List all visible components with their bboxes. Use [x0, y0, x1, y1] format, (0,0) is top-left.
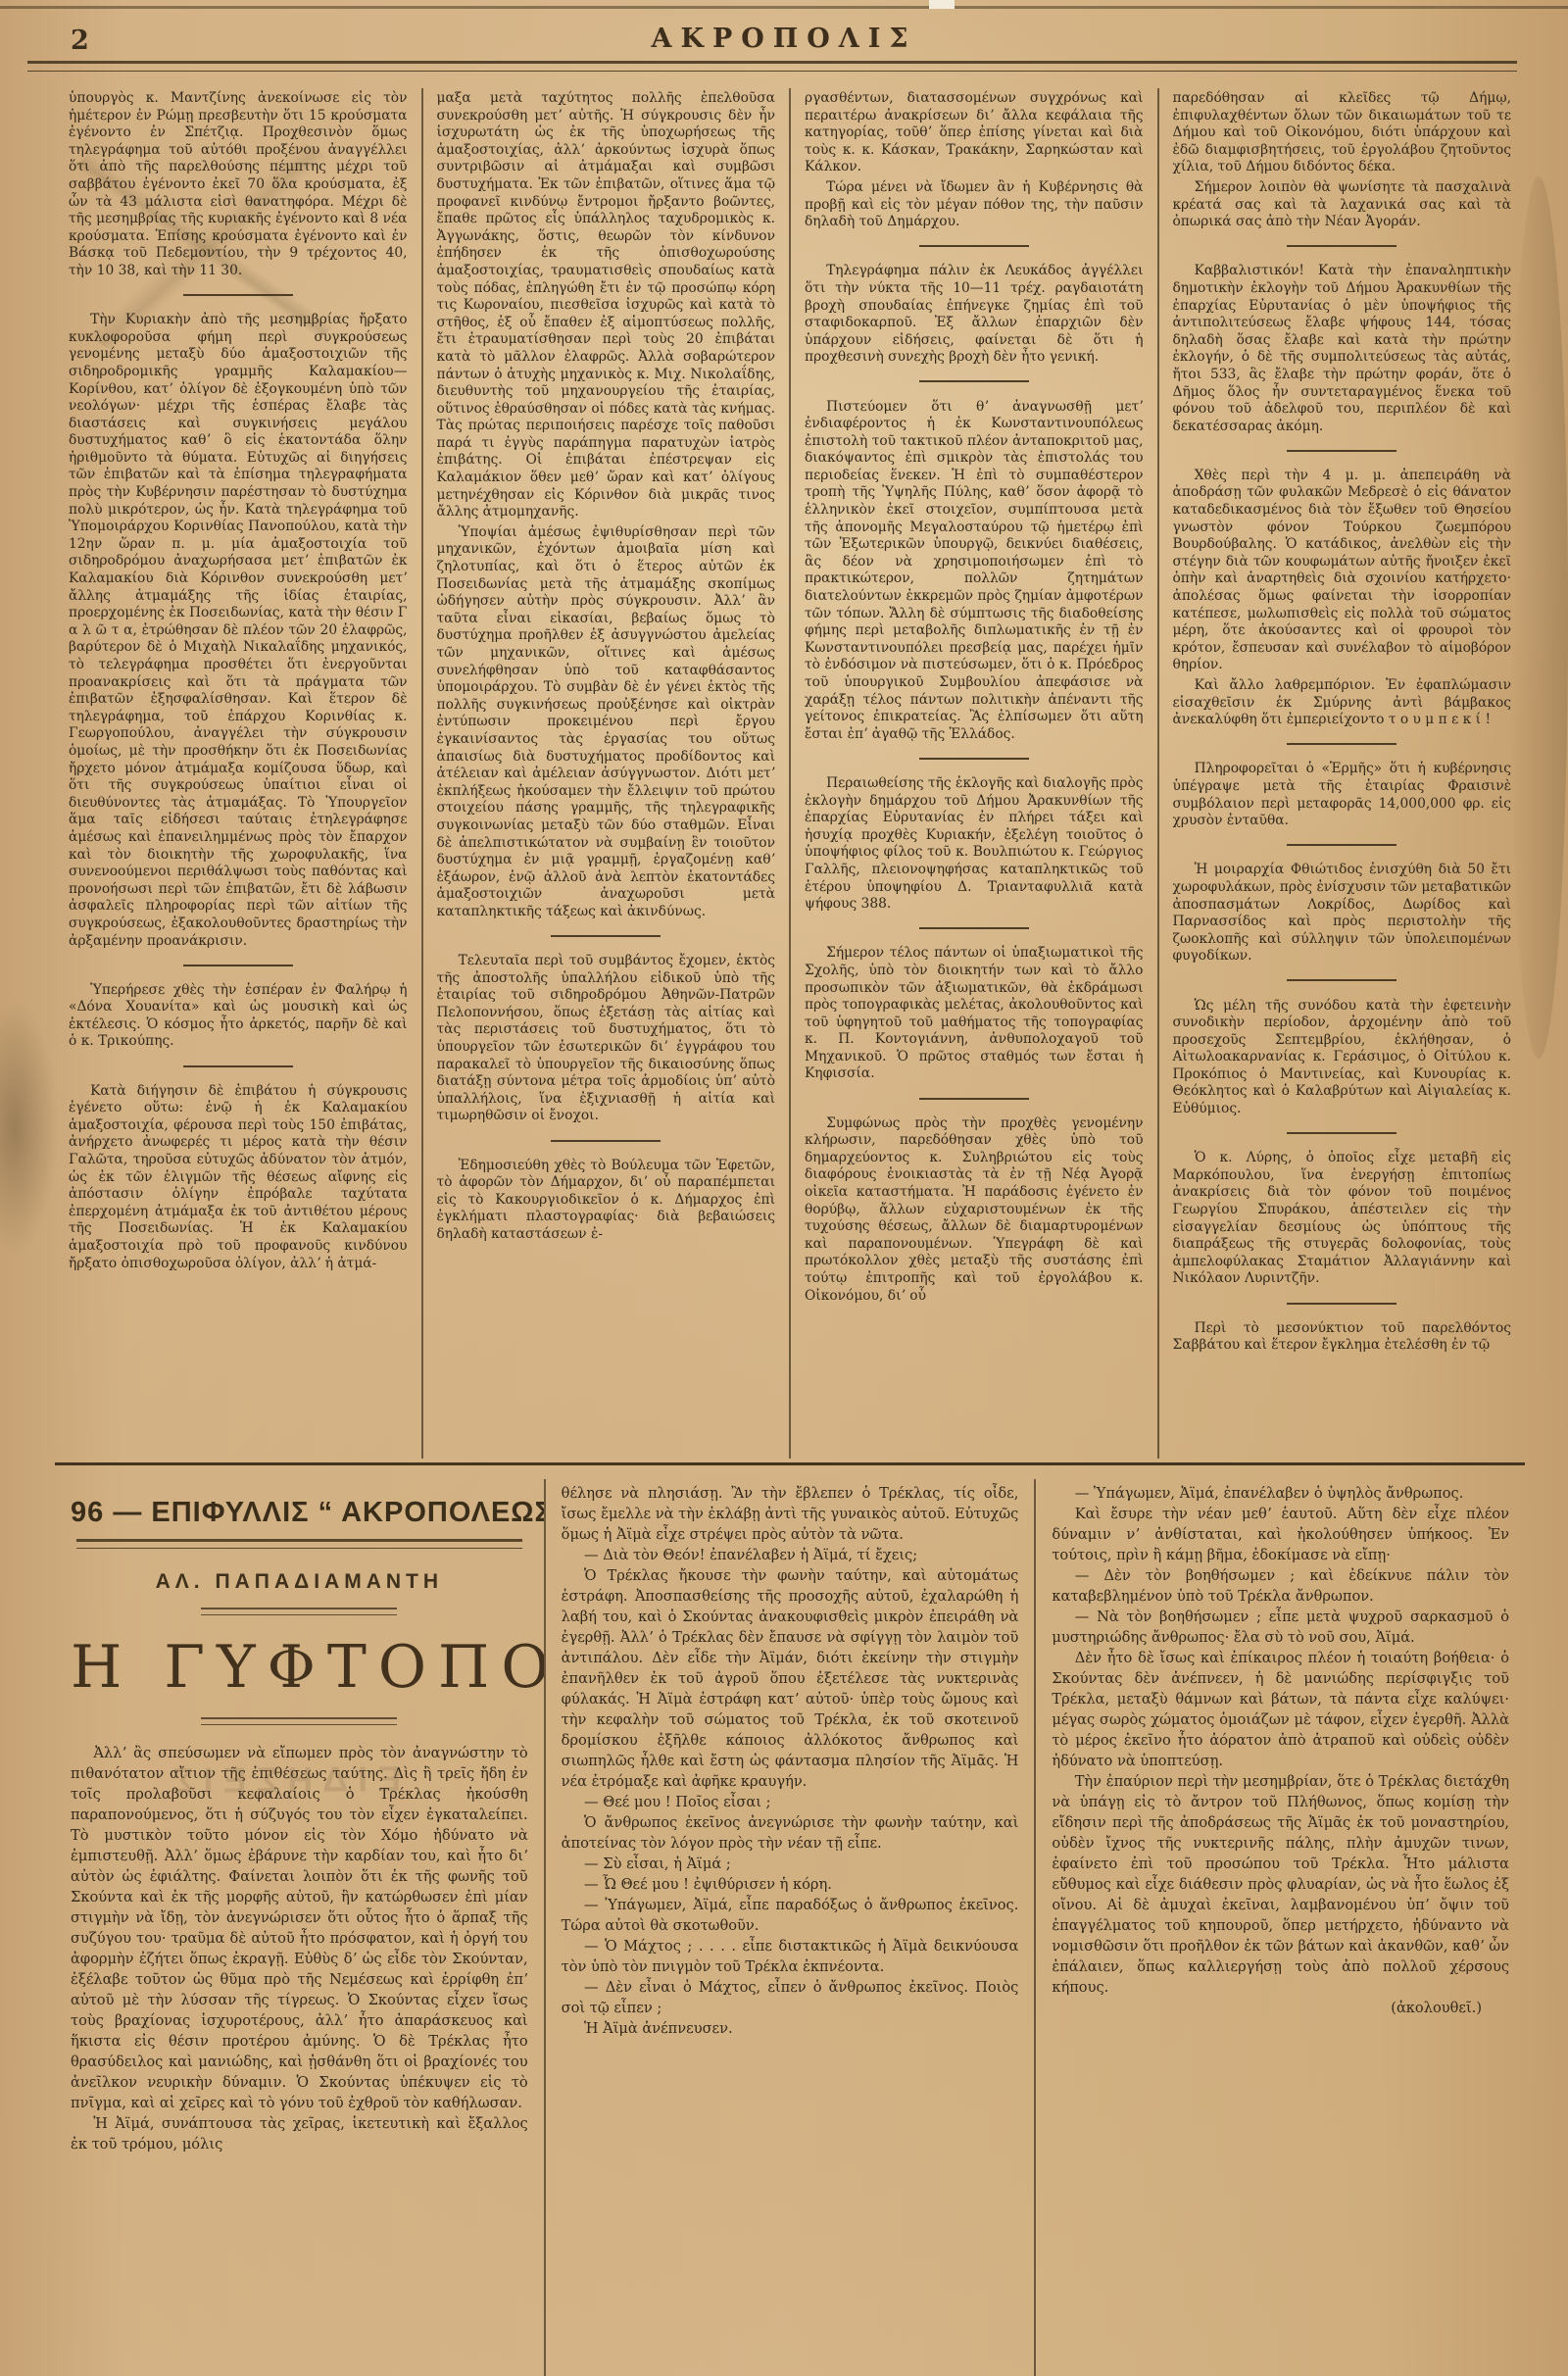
paragraph: Καββαλιστικόν! Κατὰ τὴν ἐπαναληπτικὴν δη…	[1173, 263, 1512, 435]
scan-notch	[929, 0, 955, 9]
paragraph: Συμφώνως πρὸς τὴν προχθὲς γενομένην κλήρ…	[805, 1115, 1144, 1306]
paragraph: θέλησε νὰ πλησιάσῃ. Ἂν τὴν ἔβλεπεν ὁ Τρέ…	[562, 1483, 1019, 1545]
section-divider	[805, 750, 1144, 767]
section-divider	[1173, 837, 1512, 855]
feuilleton-section: ΕΙΔΗΣΕΙΣ 96 — ΕΠΙΦΥΛΛΙΣ “ ΑΚΡΟΠΟΛΕΩΣ ” —…	[55, 1462, 1525, 2376]
section-divider	[1173, 442, 1512, 460]
paragraph: — Ὑπάγωμεν, Ἀϊμά, εἶπε παραδόξως ὁ ἄνθρω…	[562, 1895, 1019, 1936]
feuilleton-column-b: θέλησε νὰ πλησιάσῃ. Ἂν τὴν ἔβλεπεν ὁ Τρέ…	[546, 1465, 1035, 2376]
section-divider	[805, 238, 1144, 256]
section-divider	[437, 928, 776, 946]
paragraph: Σήμερον τέλος πάντων οἱ ὑπαξιωματικοὶ τῆ…	[805, 945, 1144, 1083]
paragraph: ργασθέντων, διατασσομένων συγχρόνως καὶ …	[805, 90, 1144, 176]
paragraph: — Δὲν τὸν βοηθήσωμεν ; καὶ ἐδείκνυε πάλι…	[1052, 1565, 1509, 1607]
paragraph: Ἀλλʼ ἂς σπεύσωμεν νὰ εἴπωμεν πρὸς τὸν ἀν…	[71, 1743, 528, 2113]
scan-edge	[0, 6, 1568, 9]
column-rule	[789, 88, 791, 1459]
paragraph: Περαιωθείσης τῆς ἐκλογῆς καὶ διαλογῆς πρ…	[805, 775, 1144, 914]
paragraph: — Ὑπάγωμεν, Ἀϊμά, ἐπανέλαβεν ὁ ὑψηλὸς ἄν…	[1052, 1483, 1509, 1504]
paragraph: Δὲν ἦτο δὲ ἴσως καὶ ἐπίκαιρος πλέον ἡ το…	[1052, 1648, 1509, 1771]
paragraph: Πληροφορεῖται ὁ «Ἑρμῆς» ὅτι ἡ κυβέρνησις…	[1173, 761, 1512, 829]
paragraph: παρεδόθησαν αἱ κλεῖδες τῷ Δήμῳ, ἐπιφυλαχ…	[1173, 90, 1512, 176]
section-divider	[1173, 736, 1512, 754]
section-divider	[69, 1058, 408, 1075]
feuilleton-text-a: Ἀλλʼ ἂς σπεύσωμεν νὰ εἴπωμεν πρὸς τὸν ἀν…	[71, 1743, 528, 2154]
feuilleton-column-a: ΕΙΔΗΣΕΙΣ 96 — ΕΠΙΦΥΛΛΙΣ “ ΑΚΡΟΠΟΛΕΩΣ ” —…	[55, 1465, 544, 2376]
header-rule	[27, 61, 1517, 72]
feuilleton-divider	[201, 1608, 397, 1615]
news-column-1: ὑπουργὸς κ. Μαντζίνης ἀνεκοίνωσε εἰς τὸν…	[55, 84, 421, 1459]
paragraph: Ὡς μέλη τῆς συνόδου κατὰ τὴν ἐφετεινὴν σ…	[1173, 998, 1512, 1118]
news-column-4: παρεδόθησαν αἱ κλεῖδες τῷ Δήμῳ, ἐπιφυλαχ…	[1159, 84, 1526, 1459]
feuilleton-header: 96 — ΕΠΙΦΥΛΛΙΣ “ ΑΚΡΟΠΟΛΕΩΣ ” — 96	[71, 1497, 528, 1529]
paragraph: Ἡ Ἀϊμά, συνάπτουσα τὰς χεῖρας, ἱκετευτικ…	[71, 2113, 528, 2154]
paragraph: — Δὲν εἶναι ὁ Μάχτος, εἶπεν ὁ ἄνθρωπος ἐ…	[562, 1977, 1019, 2018]
feuilleton-title: Η ΓΥΦΤΟΠΟΥΛΑ	[71, 1633, 528, 1702]
section-divider	[437, 1132, 776, 1150]
feuilleton-divider	[201, 1717, 397, 1725]
section-divider	[69, 957, 408, 974]
newspaper-page: 2 ΑΚΡΟΠΟΛΙΣ ὑπουργὸς κ. Μαντζίνης ἀνεκοί…	[0, 0, 1568, 2376]
masthead: ΑΚΡΟΠΟΛΙΣ	[0, 24, 1568, 54]
paragraph: Ἡ μοιραρχία Φθιώτιδος ἐνισχύθη διὰ 50 ἔτ…	[1173, 862, 1512, 965]
paragraph: Ὁ ἄνθρωπος ἐκεῖνος ἀνεγνώρισε τὴν φωνὴν …	[562, 1812, 1019, 1854]
paragraph: Τὴν ἐπαύριον περὶ τὴν μεσημβρίαν, ὅτε ὁ …	[1052, 1771, 1509, 1998]
paragraph: ὑπουργὸς κ. Μαντζίνης ἀνεκοίνωσε εἰς τὸν…	[69, 90, 408, 280]
news-section: ὑπουργὸς κ. Μαντζίνης ἀνεκοίνωσε εἰς τὸν…	[55, 84, 1525, 1459]
section-divider	[1173, 1295, 1512, 1312]
news-column-2: μαξα μετὰ ταχύτητος πολλῆς ἐπελθοῦσα συν…	[423, 84, 790, 1459]
paragraph: Τελευταῖα περὶ τοῦ συμβάντος ἔχομεν, ἐκτ…	[437, 953, 776, 1125]
paragraph: Τηλεγράφημα πάλιν ἐκ Λευκάδος ἀγγέλλει ὅ…	[805, 263, 1144, 367]
section-divider	[805, 920, 1144, 938]
column-rule	[1157, 88, 1159, 1459]
paragraph: Καὶ ἄλλο λαθρεμπόριον. Ἐν ἐφαπλώμασιν εἰ…	[1173, 677, 1512, 729]
paragraph: — Νὰ τὸν βοηθήσωμεν ; εἶπε μετὰ ψυχροῦ σ…	[1052, 1607, 1509, 1648]
column-rule	[421, 88, 423, 1459]
paragraph: Πιστεύομεν ὅτι θʼ ἀναγνωσθῇ μετʼ ἐνδιαφέ…	[805, 399, 1144, 744]
paragraph: Καὶ ἔσυρε τὴν νέαν μεθʼ ἑαυτοῦ. Αὕτη δὲν…	[1052, 1504, 1509, 1565]
section-divider	[1173, 238, 1512, 256]
section-divider	[805, 1090, 1144, 1108]
paragraph: — Θεέ μου ! Ποῖος εἶσαι ;	[562, 1792, 1019, 1812]
paragraph: Τὴν Κυριακὴν ἀπὸ τῆς μεσημβρίας ἤρξατο κ…	[69, 312, 408, 950]
section-divider	[805, 373, 1144, 391]
page-header: 2 ΑΚΡΟΠΟΛΙΣ	[0, 18, 1568, 63]
paragraph: Ὁ Τρέκλας ἤκουσε τὴν φωνὴν ταύτην, καὶ α…	[562, 1565, 1019, 1792]
section-divider	[1173, 1125, 1512, 1143]
feuilleton-header-rule	[76, 1539, 522, 1549]
paragraph: Κατὰ διήγησιν δὲ ἐπιβάτου ἡ σύγκρουσις ἐ…	[69, 1083, 408, 1273]
feuilleton-author: ΑΛ. ΠΑΠΑΔΙΑΜΑΝΤΗ	[71, 1570, 528, 1594]
paragraph: Ὑποψίαι ἀμέσως ἐψιθυρίσθησαν περὶ τῶν μη…	[437, 524, 776, 921]
paragraph: Ἐδημοσιεύθη χθὲς τὸ Βούλευμα τῶν Ἐφετῶν,…	[437, 1158, 776, 1244]
paragraph: Χθὲς περὶ τὴν 4 μ. μ. ἀπεπειράθη νὰ ἀποδ…	[1173, 468, 1512, 674]
paragraph: — Ὦ Θεέ μου ! ἐψιθύρισεν ἡ κόρη.	[562, 1874, 1019, 1895]
paragraph: (ἀκολουθεῖ.)	[1052, 1998, 1509, 2018]
paragraph: Ἡ Ἀϊμὰ ἀνέπνευσεν.	[562, 2018, 1019, 2039]
paragraph: Περὶ τὸ μεσονύκτιον τοῦ παρελθόντος Σαββ…	[1173, 1320, 1512, 1355]
paragraph: Σήμερον λοιπὸν θὰ ψωνίσητε τὰ πασχαλινὰ …	[1173, 179, 1512, 231]
paragraph: Τώρα μένει νὰ ἴδωμεν ἂν ἡ Κυβέρνησις θὰ …	[805, 179, 1144, 231]
paragraph: — Διὰ τὸν Θεόν! ἐπανέλαβεν ἡ Ἀϊμά, τί ἔχ…	[562, 1545, 1019, 1565]
section-divider	[1173, 972, 1512, 990]
paragraph: — Ὁ Μάχτος ; . . . . εἶπε διστακτικῶς ἡ …	[562, 1936, 1019, 1977]
paper-stain	[0, 1000, 59, 1255]
paragraph: Ὑπερήρεσε χθὲς τὴν ἑσπέραν ἐν Φαλήρῳ ἡ «…	[69, 982, 408, 1051]
paragraph: μαξα μετὰ ταχύτητος πολλῆς ἐπελθοῦσα συν…	[437, 90, 776, 521]
paragraph: — Σὺ εἶσαι, ἡ Ἀϊμά ;	[562, 1854, 1019, 1874]
paragraph: Ὁ κ. Λύρης, ὁ ὁποῖος εἶχε μεταβῆ εἰς Μαρ…	[1173, 1150, 1512, 1288]
feuilleton-column-c: — Ὑπάγωμεν, Ἀϊμά, ἐπανέλαβεν ὁ ὑψηλὸς ἄν…	[1036, 1465, 1525, 2376]
news-column-3: ργασθέντων, διατασσομένων συγχρόνως καὶ …	[791, 84, 1157, 1459]
section-divider	[69, 287, 408, 305]
